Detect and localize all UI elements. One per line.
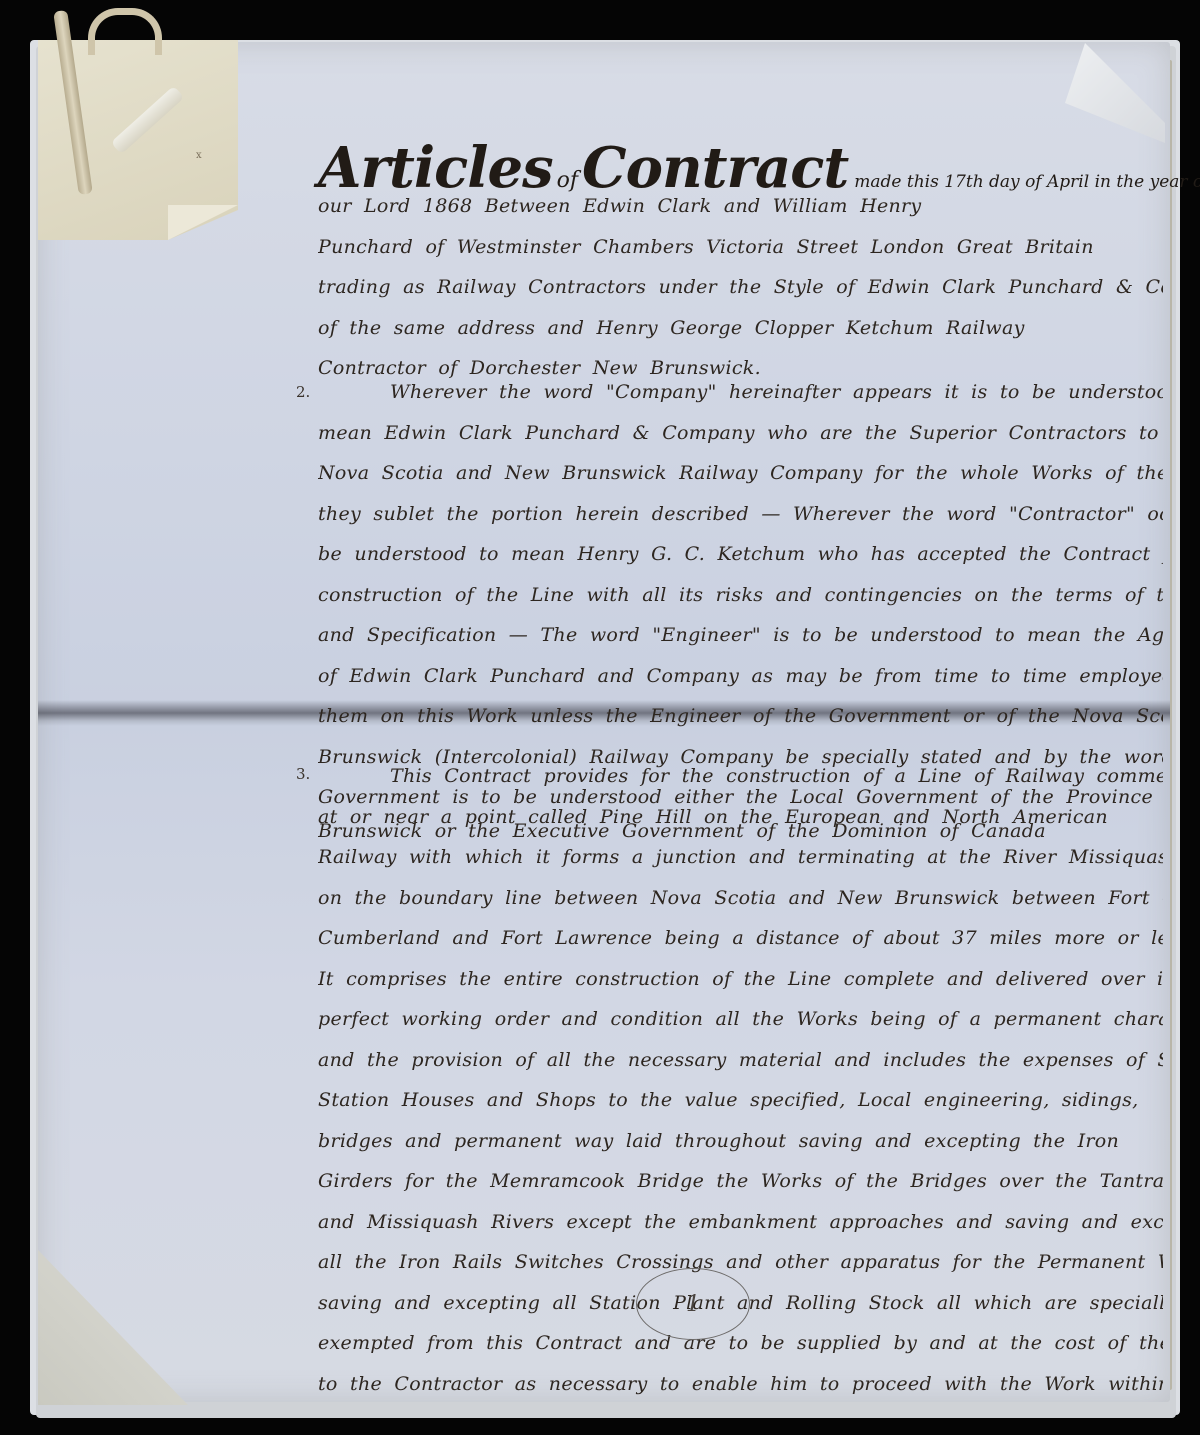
paragraph-line: at or near a point called Pine Hill on t… <box>318 797 1163 838</box>
paragraph-line: exempted from this Contract and are to b… <box>318 1323 1163 1364</box>
paragraph-line: construction of the Line with all its ri… <box>318 575 1163 616</box>
paragraph-line: on the boundary line between Nova Scotia… <box>318 878 1163 919</box>
paragraph-line: bridges and permanent way laid throughou… <box>318 1121 1163 1162</box>
paragraph-line: Station Houses and Shops to the value sp… <box>318 1080 1163 1121</box>
paragraph-line: Railway with which it forms a junction a… <box>318 837 1163 878</box>
paragraph-line: It comprises the entire construction of … <box>318 959 1163 1000</box>
paragraph-line: Nova Scotia and New Brunswick Railway Co… <box>318 453 1163 494</box>
preamble: our Lord 1868 Between Edwin Clark and Wi… <box>318 186 1163 389</box>
paragraph-line: mean Edwin Clark Punchard & Company who … <box>318 413 1163 454</box>
paragraph-line: and Specification — The word "Engineer" … <box>318 615 1163 656</box>
paragraph-line: to the Contractor as necessary to enable… <box>318 1364 1163 1405</box>
paragraph-line: Girders for the Memramcook Bridge the Wo… <box>318 1161 1163 1202</box>
paragraph-line: of Edwin Clark Punchard and Company as m… <box>318 656 1163 697</box>
paragraph-line: they sublet the portion herein described… <box>318 494 1163 535</box>
paragraph-line: be understood to mean Henry G. C. Ketchu… <box>318 534 1163 575</box>
paragraph-line: Wherever the word "Company" hereinafter … <box>318 372 1163 413</box>
preamble-line: our Lord 1868 Between Edwin Clark and Wi… <box>318 186 1163 227</box>
paragraph-number: 2. <box>296 383 310 401</box>
page-number-circle: 1 <box>636 1268 750 1340</box>
paragraph-number: 3. <box>296 765 310 783</box>
tab-mark: x <box>196 150 202 161</box>
paragraph-line: them on this Work unless the Engineer of… <box>318 696 1163 737</box>
paragraph-line: and the provision of all the necessary m… <box>318 1040 1163 1081</box>
paragraph-line: and Missiquash Rivers except the embankm… <box>318 1202 1163 1243</box>
preamble-line: trading as Railway Contractors under the… <box>318 267 1163 308</box>
page-number: 1 <box>686 1292 700 1317</box>
paragraph-line: perfect working order and condition all … <box>318 999 1163 1040</box>
paragraph-line: This Contract provides for the construct… <box>318 756 1163 797</box>
paragraph-line: all the Iron Rails Switches Crossings an… <box>318 1242 1163 1283</box>
paragraph-line: Cumberland and Fort Lawrence being a dis… <box>318 918 1163 959</box>
preamble-line: Punchard of Westminster Chambers Victori… <box>318 227 1163 268</box>
preamble-line: of the same address and Henry George Clo… <box>318 308 1163 349</box>
ribbon-loop <box>88 8 162 55</box>
